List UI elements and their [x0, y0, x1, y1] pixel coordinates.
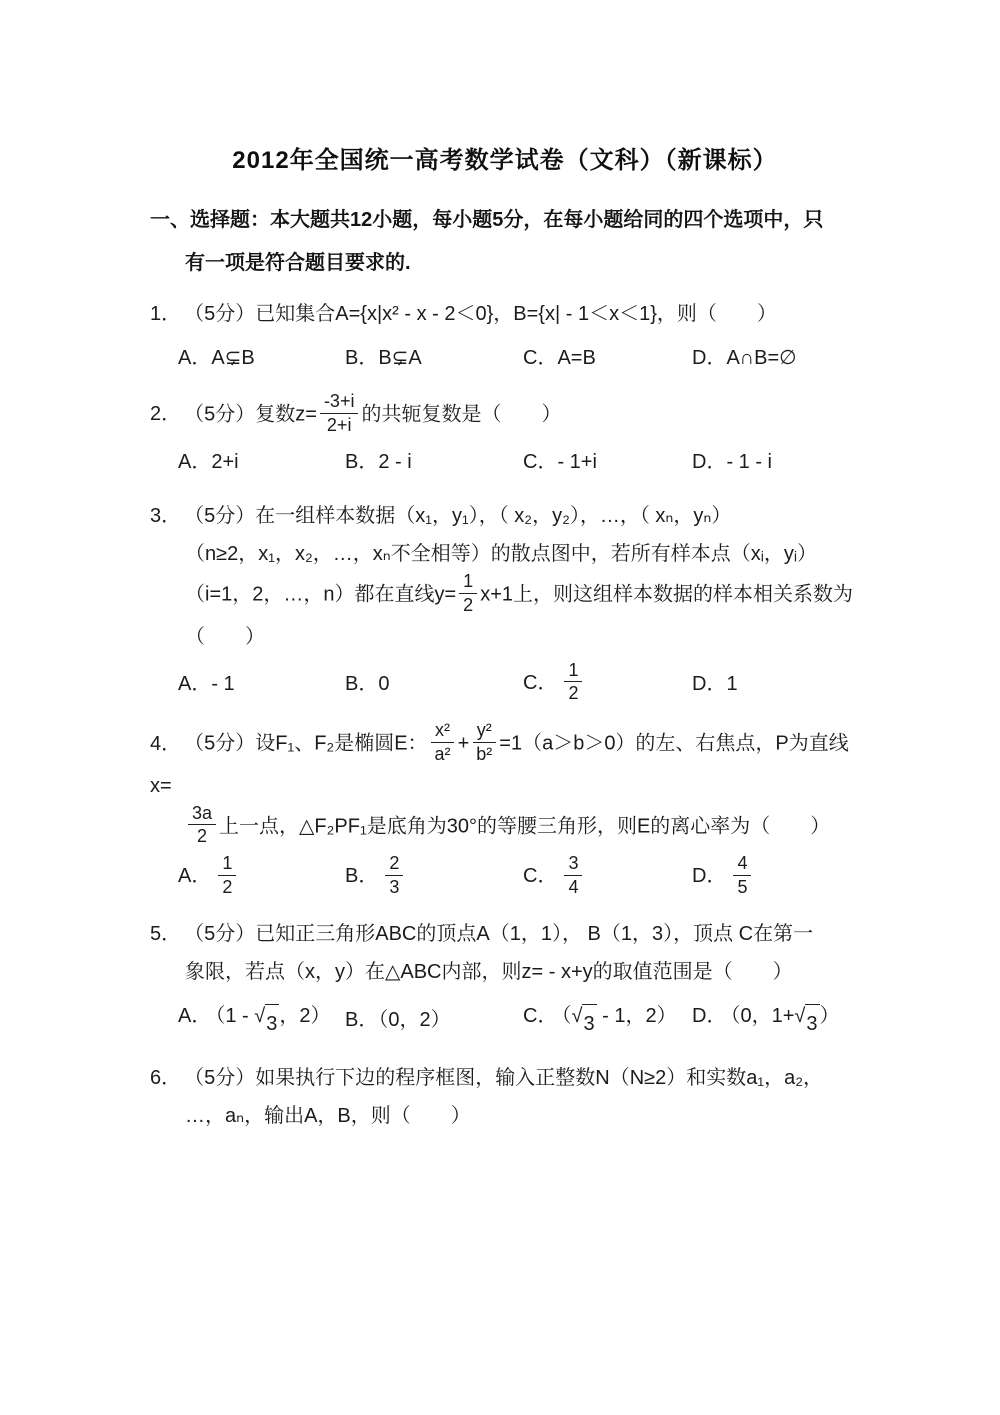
option-label: C．: [523, 1005, 557, 1027]
option-text: B．（0，2）: [345, 1009, 451, 1031]
question-5-option-a: A．（1 - √3，2）: [178, 997, 345, 1043]
option-label: B．: [345, 865, 378, 887]
radicand: 3: [805, 1004, 819, 1043]
question-3-option-c: C．12: [523, 662, 692, 706]
question-4-text-pre: （5分）设F₁、F₂是椭圆E：: [194, 733, 427, 755]
fraction-numerator: 3a: [188, 803, 216, 826]
question-4-stem: 4．（5分）设F₁、F₂是椭圆E：x²a²+y²b²=1（a＞b＞0）的左、右焦…: [150, 722, 860, 804]
fraction-denominator: 2: [218, 876, 236, 898]
option-text: C．A=B: [523, 347, 596, 369]
option-text: D．A∩B=∅: [692, 347, 797, 369]
sqrt-radical: √3: [571, 1004, 596, 1043]
fraction-denominator: 2: [459, 594, 477, 616]
option-text: A．A⊊B: [178, 347, 255, 369]
option-text: B．2 - i: [345, 451, 412, 473]
question-3-line3-post: x+1上，则这组样本数据的样本相关系数为: [480, 584, 853, 606]
question-3-line1: （5分）在一组样本数据（x₁，y₁），（ x₂，y₂），…，（ xₙ，yₙ）: [194, 505, 731, 527]
option-label: D．: [692, 865, 726, 887]
question-6-number: 6．: [150, 1067, 181, 1089]
question-5-line1: （5分）已知正三角形ABC的顶点A（1，1）， B（1，3），顶点 C在第一: [194, 923, 813, 945]
fraction-numerator: y²: [473, 720, 496, 743]
exam-paper-page: 2012年全国统一高考数学试卷（文科）（新课标） 一、选择题：本大题共12小题，…: [0, 0, 1000, 1415]
option-label: A．: [178, 1005, 211, 1027]
option-text: （0，1+: [730, 1005, 794, 1027]
question-5-option-b: B．（0，2）: [345, 1001, 523, 1039]
question-3-line3-pre: （i=1，2，…，n）都在直线y=: [185, 584, 456, 606]
question-3-line4: （ ）: [185, 618, 860, 656]
section-header-line1: 一、选择题：本大题共12小题，每小题5分，在每小题给同的四个选项中，只: [150, 199, 860, 242]
question-4-line2: 3a2上一点，△F₂PF₁是底角为30°的等腰三角形，则E的离心率为（ ）: [185, 805, 860, 849]
option-label: D．: [692, 1005, 726, 1027]
option-label: C．: [523, 672, 557, 694]
option-text: - 1，2）: [597, 1005, 677, 1027]
sqrt-radical: √3: [254, 1004, 279, 1043]
option-text: ）: [820, 1005, 840, 1027]
fraction-denominator: 2: [193, 825, 211, 847]
fraction: 45: [733, 853, 751, 897]
sqrt-radical: √3: [794, 1004, 819, 1043]
question-4-option-c: C．34: [523, 855, 692, 899]
option-label: A．: [178, 865, 211, 887]
question-3: 3．（5分）在一组样本数据（x₁，y₁），（ x₂，y₂），…，（ xₙ，yₙ）…: [150, 497, 860, 706]
fraction: x²a²: [431, 720, 455, 764]
radical-sign-icon: √: [794, 1004, 805, 1029]
fraction-denominator: b²: [472, 743, 496, 765]
fraction: 3a2: [188, 803, 216, 847]
option-text: D．1: [692, 673, 738, 695]
fraction-numerator: 1: [564, 660, 582, 683]
question-2-option-d: D．- 1 - i: [692, 443, 860, 481]
fraction: 12: [459, 571, 477, 615]
question-5: 5．（5分）已知正三角形ABC的顶点A（1，1）， B（1，3），顶点 C在第一…: [150, 915, 860, 1043]
question-4-option-b: B．23: [345, 855, 523, 899]
question-1: 1．（5分）已知集合A={x|x² - x - 2＜0}，B={x| - 1＜x…: [150, 295, 860, 377]
question-3-option-d: D．1: [692, 665, 860, 703]
radicand: 3: [265, 1004, 279, 1043]
fraction-denominator: 2+i: [323, 414, 356, 436]
fraction-numerator: 1: [459, 571, 477, 594]
fraction: y²b²: [472, 720, 496, 764]
question-1-options: A．A⊊B B．B⊊A C．A=B D．A∩B=∅: [150, 339, 860, 377]
question-3-number: 3．: [150, 505, 181, 527]
option-text: B．0: [345, 673, 389, 695]
question-4-option-a: A．12: [178, 855, 345, 899]
question-5-line2: 象限，若点（x，y）在△ABC内部，则z= - x+y的取值范围是（ ）: [185, 953, 860, 991]
question-3-options: A．- 1 B．0 C．12 D．1: [150, 662, 860, 706]
option-text: B．B⊊A: [345, 347, 422, 369]
question-3-line2: （n≥2，x₁，x₂，…，xₙ不全相等）的散点图中，若所有样本点（xᵢ，yᵢ）: [185, 535, 860, 573]
question-3-line3: （i=1，2，…，n）都在直线y=12x+1上，则这组样本数据的样本相关系数为: [185, 573, 860, 617]
fraction-numerator: 3: [564, 853, 582, 876]
question-1-option-d: D．A∩B=∅: [692, 339, 860, 377]
page-title: 2012年全国统一高考数学试卷（文科）（新课标）: [150, 140, 860, 175]
question-5-options: A．（1 - √3，2） B．（0，2） C．（√3 - 1，2） D．（0，1…: [150, 997, 860, 1043]
fraction-numerator: x²: [431, 720, 454, 743]
fraction-denominator: 4: [564, 876, 582, 898]
option-text: A．- 1: [178, 673, 235, 695]
fraction: 12: [564, 660, 582, 704]
fraction-denominator: 2: [564, 682, 582, 704]
fraction-numerator: 2: [385, 853, 403, 876]
option-text: C．- 1+i: [523, 451, 597, 473]
question-2-option-c: C．- 1+i: [523, 443, 692, 481]
question-2-options: A．2+i B．2 - i C．- 1+i D．- 1 - i: [150, 443, 860, 481]
question-4-option-d: D．45: [692, 855, 860, 899]
fraction: -3+i2+i: [320, 391, 359, 435]
option-text: ，2）: [279, 1005, 330, 1027]
question-6-line1: （5分）如果执行下边的程序框图，输入正整数N（N≥2）和实数a₁，a₂，: [194, 1067, 823, 1089]
fraction-denominator: 5: [733, 876, 751, 898]
question-3-option-a: A．- 1: [178, 665, 345, 703]
question-2-stem: 2．（5分）复数z=-3+i2+i的共轭复数是（ ）: [150, 393, 860, 437]
question-5-option-d: D．（0，1+√3）: [692, 997, 860, 1043]
option-text: D．- 1 - i: [692, 451, 772, 473]
option-text: A．2+i: [178, 451, 239, 473]
option-label: C．: [523, 865, 557, 887]
question-6-line2: …，aₙ，输出A，B，则（ ）: [185, 1097, 860, 1135]
question-1-text: （5分）已知集合A={x|x² - x - 2＜0}，B={x| - 1＜x＜1…: [194, 303, 777, 325]
plus-sign: +: [458, 733, 470, 755]
question-2-number: 2．: [150, 403, 181, 425]
question-1-option-a: A．A⊊B: [178, 339, 345, 377]
question-4-line2-text: 上一点，△F₂PF₁是底角为30°的等腰三角形，则E的离心率为（ ）: [219, 815, 830, 837]
fraction-numerator: -3+i: [320, 391, 359, 414]
fraction: 23: [385, 853, 403, 897]
fraction-denominator: 3: [385, 876, 403, 898]
section-header-line2: 有一项是符合题目要求的.: [185, 242, 860, 285]
option-text: （: [561, 1005, 571, 1027]
question-6-stem: 6．（5分）如果执行下边的程序框图，输入正整数N（N≥2）和实数a₁，a₂，: [150, 1059, 860, 1097]
question-4-number: 4．: [150, 733, 181, 755]
radicand: 3: [582, 1004, 596, 1043]
question-3-option-b: B．0: [345, 665, 523, 703]
fraction-numerator: 4: [733, 853, 751, 876]
fraction-numerator: 1: [218, 853, 236, 876]
question-2-text-pre: （5分）复数z=: [194, 403, 317, 425]
question-1-option-c: C．A=B: [523, 339, 692, 377]
question-3-stem: 3．（5分）在一组样本数据（x₁，y₁），（ x₂，y₂），…，（ xₙ，yₙ）: [150, 497, 860, 535]
radical-sign-icon: √: [254, 1004, 265, 1029]
question-5-stem: 5．（5分）已知正三角形ABC的顶点A（1，1）， B（1，3），顶点 C在第一: [150, 915, 860, 953]
radical-sign-icon: √: [571, 1004, 582, 1029]
question-2-option-b: B．2 - i: [345, 443, 523, 481]
question-2-text-post: 的共轭复数是（ ）: [361, 403, 561, 425]
fraction: 34: [564, 853, 582, 897]
section-header: 一、选择题：本大题共12小题，每小题5分，在每小题给同的四个选项中，只 有一项是…: [150, 199, 860, 285]
question-4-options: A．12 B．23 C．34 D．45: [150, 855, 860, 899]
question-5-option-c: C．（√3 - 1，2）: [523, 997, 692, 1043]
question-2-option-a: A．2+i: [178, 443, 345, 481]
fraction-denominator: a²: [431, 743, 455, 765]
question-2: 2．（5分）复数z=-3+i2+i的共轭复数是（ ） A．2+i B．2 - i…: [150, 393, 860, 481]
option-text: （1 -: [215, 1005, 254, 1027]
fraction: 12: [218, 853, 236, 897]
question-5-number: 5．: [150, 923, 181, 945]
question-1-option-b: B．B⊊A: [345, 339, 523, 377]
question-1-number: 1．: [150, 303, 181, 325]
question-4: 4．（5分）设F₁、F₂是椭圆E：x²a²+y²b²=1（a＞b＞0）的左、右焦…: [150, 722, 860, 899]
question-1-stem: 1．（5分）已知集合A={x|x² - x - 2＜0}，B={x| - 1＜x…: [150, 295, 860, 333]
question-6: 6．（5分）如果执行下边的程序框图，输入正整数N（N≥2）和实数a₁，a₂， ……: [150, 1059, 860, 1135]
